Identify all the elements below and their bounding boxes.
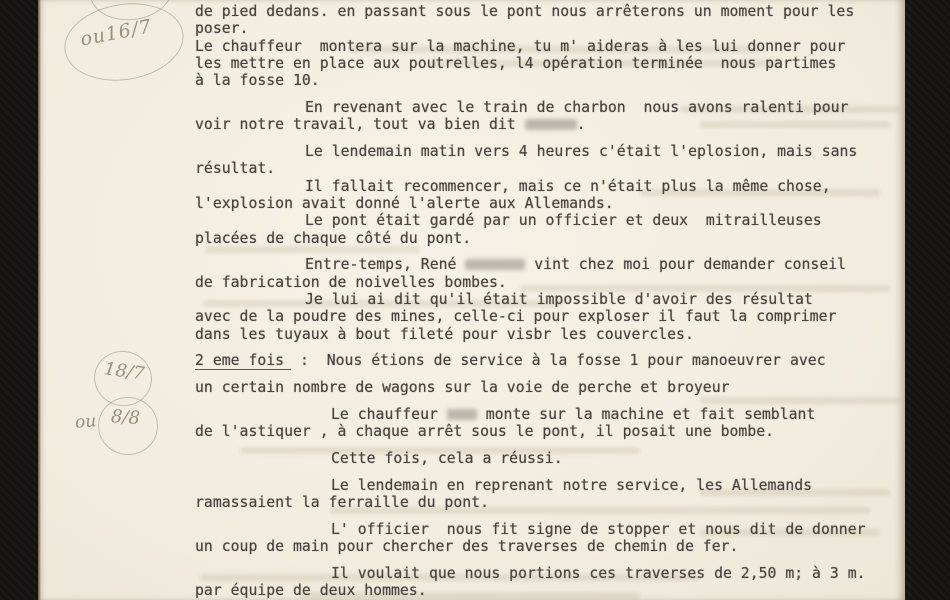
text-line: poser. bbox=[195, 20, 866, 37]
redacted-name bbox=[447, 409, 477, 420]
text-line: de fabrication de noivelles bombes. bbox=[195, 274, 866, 291]
text-segment: En revenant avec le train de charbon nou… bbox=[305, 99, 848, 116]
text-segment: . bbox=[577, 116, 586, 133]
scan-border-left bbox=[0, 0, 38, 600]
text-line: par équipe de deux hommes. bbox=[195, 582, 866, 599]
text-segment: Le lendemain en reprenant notre service,… bbox=[331, 477, 812, 494]
text-line: 2 eme fois : Nous étions de service à la… bbox=[195, 352, 866, 369]
text-segment: l'explosion avait donné l'alerte aux All… bbox=[195, 195, 614, 212]
text-line: ramassaient la ferraille du pont. bbox=[195, 494, 866, 511]
text-segment: de fabrication de noivelles bombes. bbox=[195, 274, 507, 291]
handwritten-date-bottom: 8/8 bbox=[110, 406, 140, 429]
text-segment: dans les tuyaux à bout fileté pour visbr… bbox=[195, 326, 694, 343]
text-segment: un coup de main pour chercher des traver… bbox=[195, 538, 738, 555]
text-line: Le lendemain en reprenant notre service,… bbox=[195, 477, 866, 494]
text-segment: Le lendemain matin vers 4 heures c'était… bbox=[305, 143, 857, 160]
text-line: résultat. bbox=[195, 160, 866, 177]
text-segment: les mettre en place aux poutrelles, l4 o… bbox=[195, 55, 836, 72]
text-segment: résultat. bbox=[195, 160, 275, 177]
text-segment: poser. bbox=[195, 20, 248, 37]
text-line: un certain nombre de wagons sur la voie … bbox=[195, 379, 866, 396]
text-line: Entre-temps, René vint chez moi pour dem… bbox=[195, 256, 866, 273]
text-line: Il fallait recommencer, mais ce n'était … bbox=[195, 178, 866, 195]
pencil-circle-top bbox=[59, 0, 189, 89]
text-segment: à la fosse 10. bbox=[195, 72, 320, 89]
text-line: Cette fois, cela a réussi. bbox=[195, 450, 866, 467]
text-line: placées de chaque côté du pont. bbox=[195, 230, 866, 247]
paper: ou16/7 18/7 ou 8/8 de pied dedans. en pa… bbox=[38, 0, 905, 600]
scan-border-right bbox=[905, 0, 950, 600]
text-line: L' officier nous fit signe de stopper et… bbox=[195, 521, 866, 538]
redacted-name bbox=[525, 119, 577, 130]
text-segment: par équipe de deux hommes. bbox=[195, 582, 427, 599]
text-segment: Le chauffeur montera sur la machine, tu … bbox=[195, 38, 845, 55]
text-line: Je lui ai dit qu'il était impossible d'a… bbox=[195, 291, 866, 308]
text-line: avec de la poudre des mines, celle-ci po… bbox=[195, 308, 866, 325]
text-segment: monte sur la machine et fait semblant bbox=[477, 406, 816, 423]
text-segment: Le pont était gardé par un officier et d… bbox=[305, 212, 822, 229]
text-line: Il voulait que nous portions ces travers… bbox=[195, 565, 866, 582]
text-segment: Cette fois, cela a réussi. bbox=[331, 450, 563, 467]
text-segment: avec de la poudre des mines, celle-ci po… bbox=[195, 308, 836, 325]
text-segment: Le chauffeur bbox=[331, 406, 447, 423]
text-segment: placées de chaque côté du pont. bbox=[195, 230, 471, 247]
text-segment: vint chez moi pour demander conseil bbox=[525, 256, 846, 273]
underlined-heading: 2 eme fois bbox=[195, 352, 291, 370]
text-segment: de pied dedans. en passant sous le pont … bbox=[195, 3, 854, 20]
document-scan: ou16/7 18/7 ou 8/8 de pied dedans. en pa… bbox=[0, 0, 950, 600]
redacted-name bbox=[465, 259, 525, 270]
text-line: les mettre en place aux poutrelles, l4 o… bbox=[195, 55, 866, 72]
text-line: Le chauffeur monte sur la machine et fai… bbox=[195, 406, 866, 423]
text-line: de l'astiquer , à chaque arrêt sous le p… bbox=[195, 423, 866, 440]
text-line: voir notre travail, tout va bien dit . bbox=[195, 116, 866, 133]
text-line: En revenant avec le train de charbon nou… bbox=[195, 99, 866, 116]
text-line: l'explosion avait donné l'alerte aux All… bbox=[195, 195, 866, 212]
text-segment: Entre-temps, René bbox=[305, 256, 465, 273]
text-line: un coup de main pour chercher des traver… bbox=[195, 538, 866, 555]
text-segment: de l'astiquer , à chaque arrêt sous le p… bbox=[195, 423, 774, 440]
text-line: dans les tuyaux à bout fileté pour visbr… bbox=[195, 326, 866, 343]
text-segment: Je lui ai dit qu'il était impossible d'a… bbox=[305, 291, 813, 308]
text-segment: voir notre travail, tout va bien dit bbox=[195, 116, 525, 133]
text-segment: un certain nombre de wagons sur la voie … bbox=[195, 379, 730, 396]
text-line: Le pont était gardé par un officier et d… bbox=[195, 212, 866, 229]
text-line: Le lendemain matin vers 4 heures c'était… bbox=[195, 143, 866, 160]
text-segment: Il voulait que nous portions ces travers… bbox=[331, 565, 866, 582]
text-segment: : Nous étions de service à la fosse 1 po… bbox=[291, 352, 826, 369]
text-line: à la fosse 10. bbox=[195, 72, 866, 89]
text-line: de pied dedans. en passant sous le pont … bbox=[195, 3, 866, 20]
handwritten-ou: ou bbox=[74, 411, 97, 432]
text-segment: Il fallait recommencer, mais ce n'était … bbox=[305, 178, 831, 195]
text-line: Le chauffeur montera sur la machine, tu … bbox=[195, 38, 866, 55]
typewritten-text: de pied dedans. en passant sous le pont … bbox=[195, 3, 866, 600]
text-segment: ramassaient la ferraille du pont. bbox=[195, 494, 489, 511]
text-segment: L' officier nous fit signe de stopper et… bbox=[331, 521, 866, 538]
